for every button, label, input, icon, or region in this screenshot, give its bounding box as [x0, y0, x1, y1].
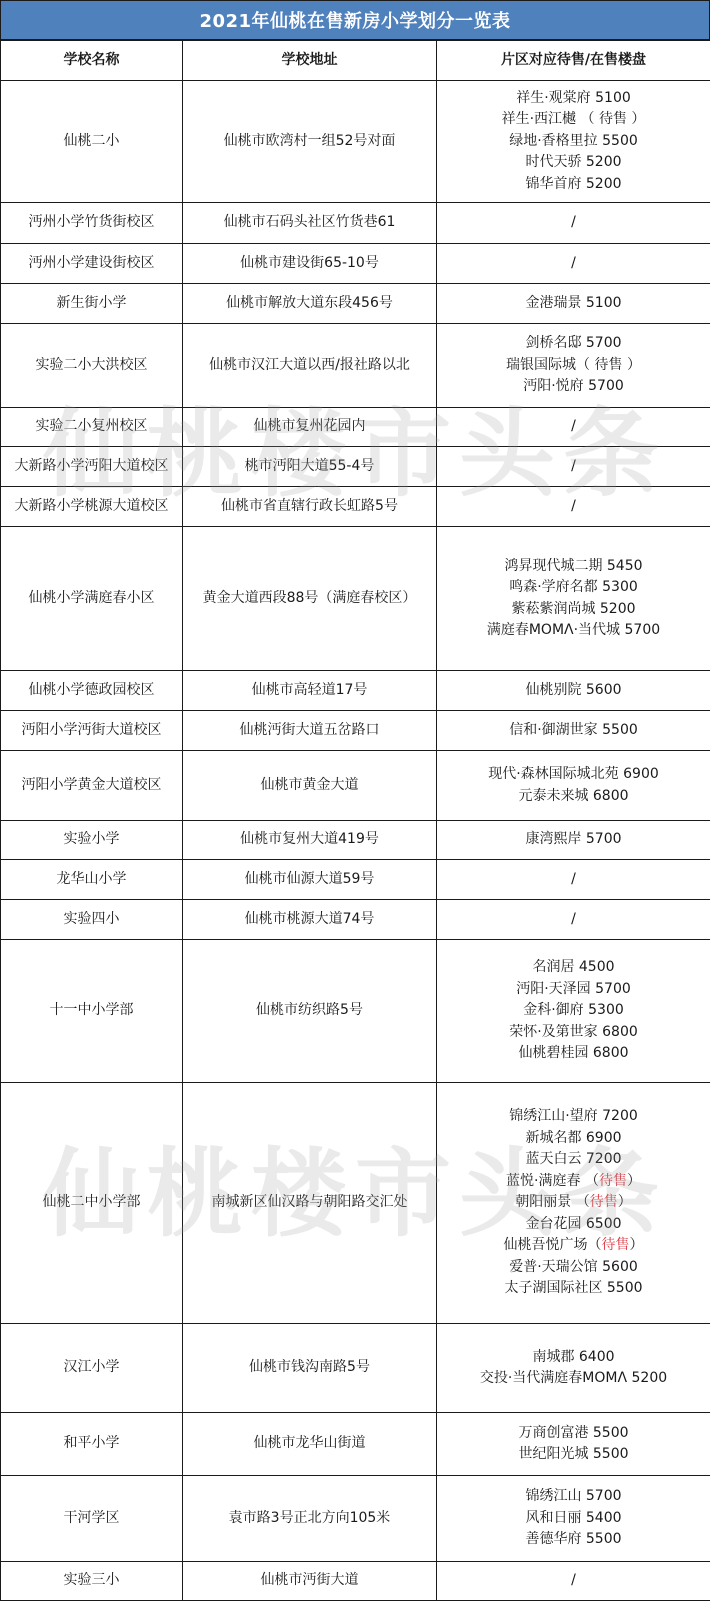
school-address-cell: 仙桃市复州花园内	[183, 408, 437, 447]
estate-text: /	[571, 214, 576, 230]
estate-item: 锦绣江山 5700	[441, 1486, 706, 1508]
estate-text: 紫菘紫润尚城 5200	[511, 601, 635, 617]
estate-text: 仙桃碧桂园 6800	[518, 1045, 628, 1061]
estates-cell: 万商创富港 5500世纪阳光城 5500	[437, 1413, 710, 1476]
estate-item: 新城名都 6900	[441, 1128, 706, 1150]
table-row: 大新路小学沔阳大道校区桃市沔阳大道55-4号/	[1, 447, 710, 487]
estate-item: 时代天骄 5200	[441, 152, 706, 174]
estates-cell: /	[437, 203, 710, 244]
school-name-cell: 仙桃二中小学部	[1, 1083, 183, 1324]
estate-text: 蓝悦·满庭春 （	[506, 1173, 599, 1189]
estates-cell: 仙桃别院 5600	[437, 671, 710, 711]
estate-item: 名润居 4500	[441, 957, 706, 979]
school-address-cell: 仙桃市纺织路5号	[183, 940, 437, 1083]
estate-item: 蓝天白云 7200	[441, 1149, 706, 1171]
estate-text: 金台花园 6500	[525, 1216, 621, 1232]
estates-cell: /	[437, 860, 710, 900]
estate-text: 沔阳·天泽园 5700	[516, 981, 631, 997]
estate-item: /	[441, 212, 706, 234]
estate-text-suffix: ）	[618, 1194, 632, 1210]
estate-item: /	[441, 909, 706, 931]
table-row: 沔州小学建设街校区仙桃市建设街65-10号/	[1, 244, 710, 284]
estate-item: 沔阳·悦府 5700	[441, 376, 706, 398]
pending-sale-badge: 待售	[590, 1194, 618, 1210]
header-estates: 片区对应待售/在售楼盘	[437, 41, 710, 81]
school-address-cell: 仙桃市桃源大道74号	[183, 900, 437, 940]
estates-cell: 锦绣江山 5700风和日丽 5400善德华府 5500	[437, 1476, 710, 1562]
estate-item: 金港瑞景 5100	[441, 293, 706, 315]
table-row: 汉江小学仙桃市钱沟南路5号南城郡 6400交投·当代满庭春MOMΛ 5200	[1, 1324, 710, 1413]
school-name-cell: 沔阳小学黄金大道校区	[1, 751, 183, 821]
school-name-cell: 和平小学	[1, 1413, 183, 1476]
school-name-cell: 汉江小学	[1, 1324, 183, 1413]
estate-text: 风和日丽 5400	[525, 1510, 621, 1526]
table-row: 实验三小仙桃市沔街大道/	[1, 1562, 710, 1601]
estates-cell: 金港瑞景 5100	[437, 284, 710, 324]
table-body: 仙桃二小仙桃市欧湾村一组52号对面祥生·观棠府 5100祥生·西江樾 （ 待售 …	[1, 81, 710, 1601]
estate-item: 南城郡 6400	[441, 1347, 706, 1369]
estates-cell: 信和·御湖世家 5500	[437, 711, 710, 751]
estate-text: 剑桥名邸 5700	[525, 335, 621, 351]
estate-text: 仙桃别院 5600	[525, 682, 621, 698]
table-row: 实验二小复州校区仙桃市复州花园内/	[1, 408, 710, 447]
school-name-cell: 仙桃小学德政园校区	[1, 671, 183, 711]
table-row: 仙桃二小仙桃市欧湾村一组52号对面祥生·观棠府 5100祥生·西江樾 （ 待售 …	[1, 81, 710, 203]
estate-text: /	[571, 255, 576, 271]
table-row: 仙桃二中小学部南城新区仙汉路与朝阳路交汇处锦绣江山·望府 7200新城名都 69…	[1, 1083, 710, 1324]
table-row: 仙桃小学满庭春小区黄金大道西段88号（满庭春校区）鸿昇现代城二期 5450鸣森·…	[1, 527, 710, 671]
estate-text: 金科·御府 5300	[523, 1002, 624, 1018]
school-address-cell: 仙桃市欧湾村一组52号对面	[183, 81, 437, 203]
estate-text: 爱普·天瑞公馆 5600	[509, 1259, 638, 1275]
estate-item: 风和日丽 5400	[441, 1508, 706, 1530]
estate-text: 锦绣江山 5700	[525, 1488, 621, 1504]
estate-text: 绿地·香格里拉 5500	[509, 133, 638, 149]
estate-item: 祥生·西江樾 （ 待售 ）	[441, 109, 706, 131]
estates-cell: 现代·森林国际城北苑 6900元泰未来城 6800	[437, 751, 710, 821]
estate-text: 锦华首府 5200	[525, 176, 621, 192]
estate-item: 善德华府 5500	[441, 1529, 706, 1551]
school-name-cell: 仙桃二小	[1, 81, 183, 203]
school-district-table: 学校名称 学校地址 片区对应待售/在售楼盘 仙桃二小仙桃市欧湾村一组52号对面祥…	[0, 40, 710, 1601]
school-address-cell: 南城新区仙汉路与朝阳路交汇处	[183, 1083, 437, 1324]
table-row: 实验四小仙桃市桃源大道74号/	[1, 900, 710, 940]
estates-cell: /	[437, 900, 710, 940]
table-row: 大新路小学桃源大道校区仙桃市省直辖行政长虹路5号/	[1, 487, 710, 527]
estate-item: 金科·御府 5300	[441, 1000, 706, 1022]
school-name-cell: 龙华山小学	[1, 860, 183, 900]
school-address-cell: 仙桃市石码头社区竹货巷61	[183, 203, 437, 244]
estate-text-suffix: ）	[627, 1173, 641, 1189]
school-name-cell: 实验小学	[1, 821, 183, 860]
estate-item: 仙桃碧桂园 6800	[441, 1043, 706, 1065]
estate-item: 瑞银国际城（ 待售 ）	[441, 355, 706, 377]
estate-text: 现代·森林国际城北苑 6900	[488, 766, 659, 782]
estate-text: 元泰未来城 6800	[518, 788, 628, 804]
pending-sale-badge: 待售	[602, 1237, 630, 1253]
school-name-cell: 实验二小大洪校区	[1, 324, 183, 408]
estates-cell: /	[437, 244, 710, 284]
table-row: 沔州小学竹货街校区仙桃市石码头社区竹货巷61/	[1, 203, 710, 244]
school-address-cell: 仙桃市钱沟南路5号	[183, 1324, 437, 1413]
estate-item: /	[441, 496, 706, 518]
estate-text: 锦绣江山·望府 7200	[509, 1108, 638, 1124]
pending-sale-badge: 待售	[599, 1173, 627, 1189]
estate-item: 祥生·观棠府 5100	[441, 88, 706, 110]
estate-text: /	[571, 1572, 576, 1588]
estate-text: 南城郡 6400	[532, 1349, 614, 1365]
estate-item: 太子湖国际社区 5500	[441, 1278, 706, 1300]
estate-item: 紫菘紫润尚城 5200	[441, 599, 706, 621]
school-name-cell: 新生街小学	[1, 284, 183, 324]
header-row: 学校名称 学校地址 片区对应待售/在售楼盘	[1, 41, 710, 81]
school-address-cell: 仙桃市沔街大道	[183, 1562, 437, 1601]
estate-item: 信和·御湖世家 5500	[441, 720, 706, 742]
estate-item: 康湾熙岸 5700	[441, 829, 706, 851]
estate-item: 爱普·天瑞公馆 5600	[441, 1257, 706, 1279]
estate-item: 蓝悦·满庭春 （待售）	[441, 1171, 706, 1193]
school-name-cell: 沔阳小学沔街大道校区	[1, 711, 183, 751]
estate-text-suffix: ）	[630, 1237, 644, 1253]
school-address-cell: 仙桃市汉江大道以西/报社路以北	[183, 324, 437, 408]
estate-text: 沔阳·悦府 5700	[523, 378, 624, 394]
estates-cell: 剑桥名邸 5700瑞银国际城（ 待售 ）沔阳·悦府 5700	[437, 324, 710, 408]
estates-cell: 康湾熙岸 5700	[437, 821, 710, 860]
school-address-cell: 仙桃沔街大道五岔路口	[183, 711, 437, 751]
school-name-cell: 沔州小学建设街校区	[1, 244, 183, 284]
estate-text: 满庭春MOMΛ·当代城 5700	[487, 622, 660, 638]
school-name-cell: 大新路小学桃源大道校区	[1, 487, 183, 527]
school-name-cell: 仙桃小学满庭春小区	[1, 527, 183, 671]
estate-item: 万商创富港 5500	[441, 1423, 706, 1445]
estate-text: /	[571, 911, 576, 927]
estate-text: 祥生·观棠府 5100	[516, 90, 631, 106]
estate-text: 善德华府 5500	[525, 1531, 621, 1547]
estate-item: 世纪阳光城 5500	[441, 1444, 706, 1466]
estate-item: 锦绣江山·望府 7200	[441, 1106, 706, 1128]
school-address-cell: 仙桃市建设街65-10号	[183, 244, 437, 284]
estate-text: 朝阳丽景 （	[515, 1194, 589, 1210]
table-row: 和平小学仙桃市龙华山街道万商创富港 5500世纪阳光城 5500	[1, 1413, 710, 1476]
estates-cell: /	[437, 447, 710, 487]
estate-item: 交投·当代满庭春MOMΛ 5200	[441, 1368, 706, 1390]
school-address-cell: 仙桃市省直辖行政长虹路5号	[183, 487, 437, 527]
estate-item: /	[441, 1570, 706, 1592]
estate-item: 剑桥名邸 5700	[441, 333, 706, 355]
estate-text: 蓝天白云 7200	[525, 1151, 621, 1167]
estate-text: 瑞银国际城（ 待售 ）	[506, 357, 641, 373]
school-address-cell: 黄金大道西段88号（满庭春校区）	[183, 527, 437, 671]
school-name-cell: 实验三小	[1, 1562, 183, 1601]
school-name-cell: 沔州小学竹货街校区	[1, 203, 183, 244]
estate-text: /	[571, 498, 576, 514]
estate-text: 祥生·西江樾 （ 待售 ）	[502, 111, 646, 127]
estate-text: 信和·御湖世家 5500	[509, 722, 638, 738]
estates-cell: /	[437, 487, 710, 527]
table-title: 2021年仙桃在售新房小学划分一览表	[0, 0, 710, 40]
estate-text: 交投·当代满庭春MOMΛ 5200	[480, 1370, 667, 1386]
estate-item: 绿地·香格里拉 5500	[441, 131, 706, 153]
school-address-cell: 仙桃市黄金大道	[183, 751, 437, 821]
estate-item: 仙桃吾悦广场（待售）	[441, 1235, 706, 1257]
school-address-cell: 袁市路3号正北方向105米	[183, 1476, 437, 1562]
table-row: 新生街小学仙桃市解放大道东段456号金港瑞景 5100	[1, 284, 710, 324]
school-address-cell: 桃市沔阳大道55-4号	[183, 447, 437, 487]
school-address-cell: 仙桃市龙华山街道	[183, 1413, 437, 1476]
school-name-cell: 实验二小复州校区	[1, 408, 183, 447]
estate-text: 世纪阳光城 5500	[518, 1446, 628, 1462]
estate-item: /	[441, 869, 706, 891]
estate-text: 太子湖国际社区 5500	[504, 1280, 642, 1296]
estate-text: 万商创富港 5500	[518, 1425, 628, 1441]
estate-text: 康湾熙岸 5700	[525, 831, 621, 847]
school-address-cell: 仙桃市解放大道东段456号	[183, 284, 437, 324]
estate-item: /	[441, 456, 706, 478]
estate-text: 仙桃吾悦广场（	[504, 1237, 602, 1253]
estate-item: 现代·森林国际城北苑 6900	[441, 764, 706, 786]
estates-cell: /	[437, 1562, 710, 1601]
estate-item: 鸿昇现代城二期 5450	[441, 556, 706, 578]
estate-item: 沔阳·天泽园 5700	[441, 979, 706, 1001]
school-name-cell: 大新路小学沔阳大道校区	[1, 447, 183, 487]
estates-cell: /	[437, 408, 710, 447]
estate-text: 金港瑞景 5100	[525, 295, 621, 311]
estate-item: /	[441, 253, 706, 275]
estate-text: /	[571, 458, 576, 474]
table-row: 龙华山小学仙桃市仙源大道59号/	[1, 860, 710, 900]
estates-cell: 祥生·观棠府 5100祥生·西江樾 （ 待售 ）绿地·香格里拉 5500时代天骄…	[437, 81, 710, 203]
estate-item: 朝阳丽景 （待售）	[441, 1192, 706, 1214]
estate-text: 荣怀·及第世家 6800	[509, 1024, 638, 1040]
school-address-cell: 仙桃市仙源大道59号	[183, 860, 437, 900]
estate-text: 鸣森·学府名都 5300	[509, 579, 638, 595]
estates-cell: 鸿昇现代城二期 5450鸣森·学府名都 5300紫菘紫润尚城 5200满庭春MO…	[437, 527, 710, 671]
estate-item: /	[441, 416, 706, 438]
estate-text: 鸿昇现代城二期 5450	[504, 558, 642, 574]
table-row: 实验小学仙桃市复州大道419号康湾熙岸 5700	[1, 821, 710, 860]
estate-item: 荣怀·及第世家 6800	[441, 1022, 706, 1044]
estates-cell: 锦绣江山·望府 7200新城名都 6900蓝天白云 7200蓝悦·满庭春 （待售…	[437, 1083, 710, 1324]
school-name-cell: 实验四小	[1, 900, 183, 940]
estate-text: /	[571, 418, 576, 434]
estate-item: 元泰未来城 6800	[441, 786, 706, 808]
table-row: 仙桃小学德政园校区仙桃市高轻道17号仙桃别院 5600	[1, 671, 710, 711]
table-row: 沔阳小学沔街大道校区仙桃沔街大道五岔路口信和·御湖世家 5500	[1, 711, 710, 751]
estate-item: 金台花园 6500	[441, 1214, 706, 1236]
table-row: 干河学区袁市路3号正北方向105米锦绣江山 5700风和日丽 5400善德华府 …	[1, 1476, 710, 1562]
estates-cell: 名润居 4500沔阳·天泽园 5700金科·御府 5300荣怀·及第世家 680…	[437, 940, 710, 1083]
school-name-cell: 十一中小学部	[1, 940, 183, 1083]
school-address-cell: 仙桃市复州大道419号	[183, 821, 437, 860]
estate-text: /	[571, 871, 576, 887]
estate-item: 仙桃别院 5600	[441, 680, 706, 702]
estate-text: 时代天骄 5200	[525, 154, 621, 170]
estate-text: 新城名都 6900	[525, 1130, 621, 1146]
estates-cell: 南城郡 6400交投·当代满庭春MOMΛ 5200	[437, 1324, 710, 1413]
header-school-address: 学校地址	[183, 41, 437, 81]
estate-item: 锦华首府 5200	[441, 174, 706, 196]
school-name-cell: 干河学区	[1, 1476, 183, 1562]
header-school-name: 学校名称	[1, 41, 183, 81]
estate-item: 鸣森·学府名都 5300	[441, 577, 706, 599]
table-row: 沔阳小学黄金大道校区仙桃市黄金大道现代·森林国际城北苑 6900元泰未来城 68…	[1, 751, 710, 821]
table-row: 十一中小学部仙桃市纺织路5号名润居 4500沔阳·天泽园 5700金科·御府 5…	[1, 940, 710, 1083]
estate-item: 满庭春MOMΛ·当代城 5700	[441, 620, 706, 642]
school-address-cell: 仙桃市高轻道17号	[183, 671, 437, 711]
table-row: 实验二小大洪校区仙桃市汉江大道以西/报社路以北剑桥名邸 5700瑞银国际城（ 待…	[1, 324, 710, 408]
estate-text: 名润居 4500	[532, 959, 614, 975]
